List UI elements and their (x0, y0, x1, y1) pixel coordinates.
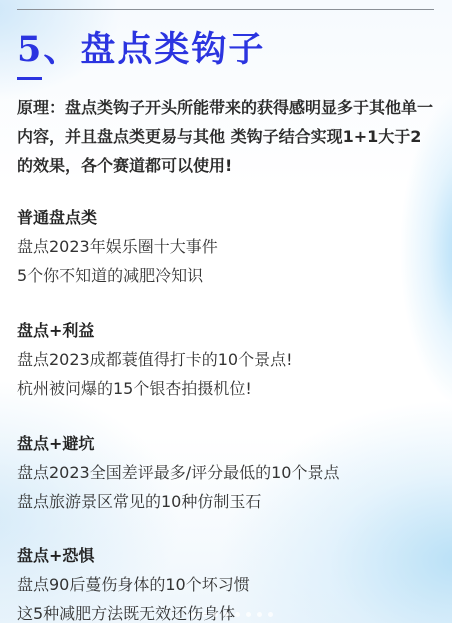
section-heading: 盘点+利益 (17, 316, 437, 345)
slide-content: 5、盘点类钩子 原理：盘点类钩子开头所能带来的获得感明显多于其他单一内容，并且盘… (0, 0, 452, 623)
section-pitfall: 盘点+避坑 盘点2023全国差评最多/评分最低的10个景点 盘点旅游景区常见的1… (17, 429, 437, 516)
top-divider (17, 9, 434, 10)
section-line: 盘点2023成都蓑值得打卡的10个景点! (17, 345, 437, 374)
section-line: 这5种减肥方法既无效还伤身体 (17, 599, 437, 623)
pagination-dot[interactable] (235, 612, 240, 617)
title-accent-bar (17, 77, 42, 80)
section-heading: 盘点+恐惧 (17, 541, 437, 570)
section-line: 盘点2023年娱乐圈十大事件 (17, 232, 437, 261)
section-line: 盘点2023全国差评最多/评分最低的10个景点 (17, 458, 437, 487)
intro-paragraph: 原理：盘点类钩子开头所能带来的获得感明显多于其他单一内容，并且盘点类更易与其他 … (17, 93, 437, 180)
pagination-dot[interactable] (246, 612, 251, 617)
section-line: 盘点旅游景区常见的10种仿制玉石 (17, 487, 437, 516)
pagination-dot[interactable] (202, 612, 207, 617)
section-line: 5个你不知道的减肥冷知识 (17, 261, 437, 290)
section-normal: 普通盘点类 盘点2023年娱乐圈十大事件 5个你不知道的减肥冷知识 (17, 203, 437, 290)
pagination-dot[interactable] (191, 612, 196, 617)
pagination-dot[interactable] (257, 612, 262, 617)
pagination-dot[interactable] (213, 612, 218, 617)
section-heading: 普通盘点类 (17, 203, 437, 232)
carousel-pagination (191, 612, 273, 617)
section-fear: 盘点+恐惧 盘点90后蔓伤身体的10个坏习惯 这5种减肥方法既无效还伤身体 (17, 541, 437, 623)
pagination-dot[interactable] (268, 612, 273, 617)
page-title: 5、盘点类钩子 (17, 28, 265, 72)
section-line: 杭州被问爆的15个银杏拍摄机位! (17, 374, 437, 403)
pagination-dot[interactable] (224, 612, 229, 617)
section-heading: 盘点+避坑 (17, 429, 437, 458)
section-line: 盘点90后蔓伤身体的10个坏习惯 (17, 570, 437, 599)
section-benefit: 盘点+利益 盘点2023成都蓑值得打卡的10个景点! 杭州被问爆的15个银杏拍摄… (17, 316, 437, 403)
